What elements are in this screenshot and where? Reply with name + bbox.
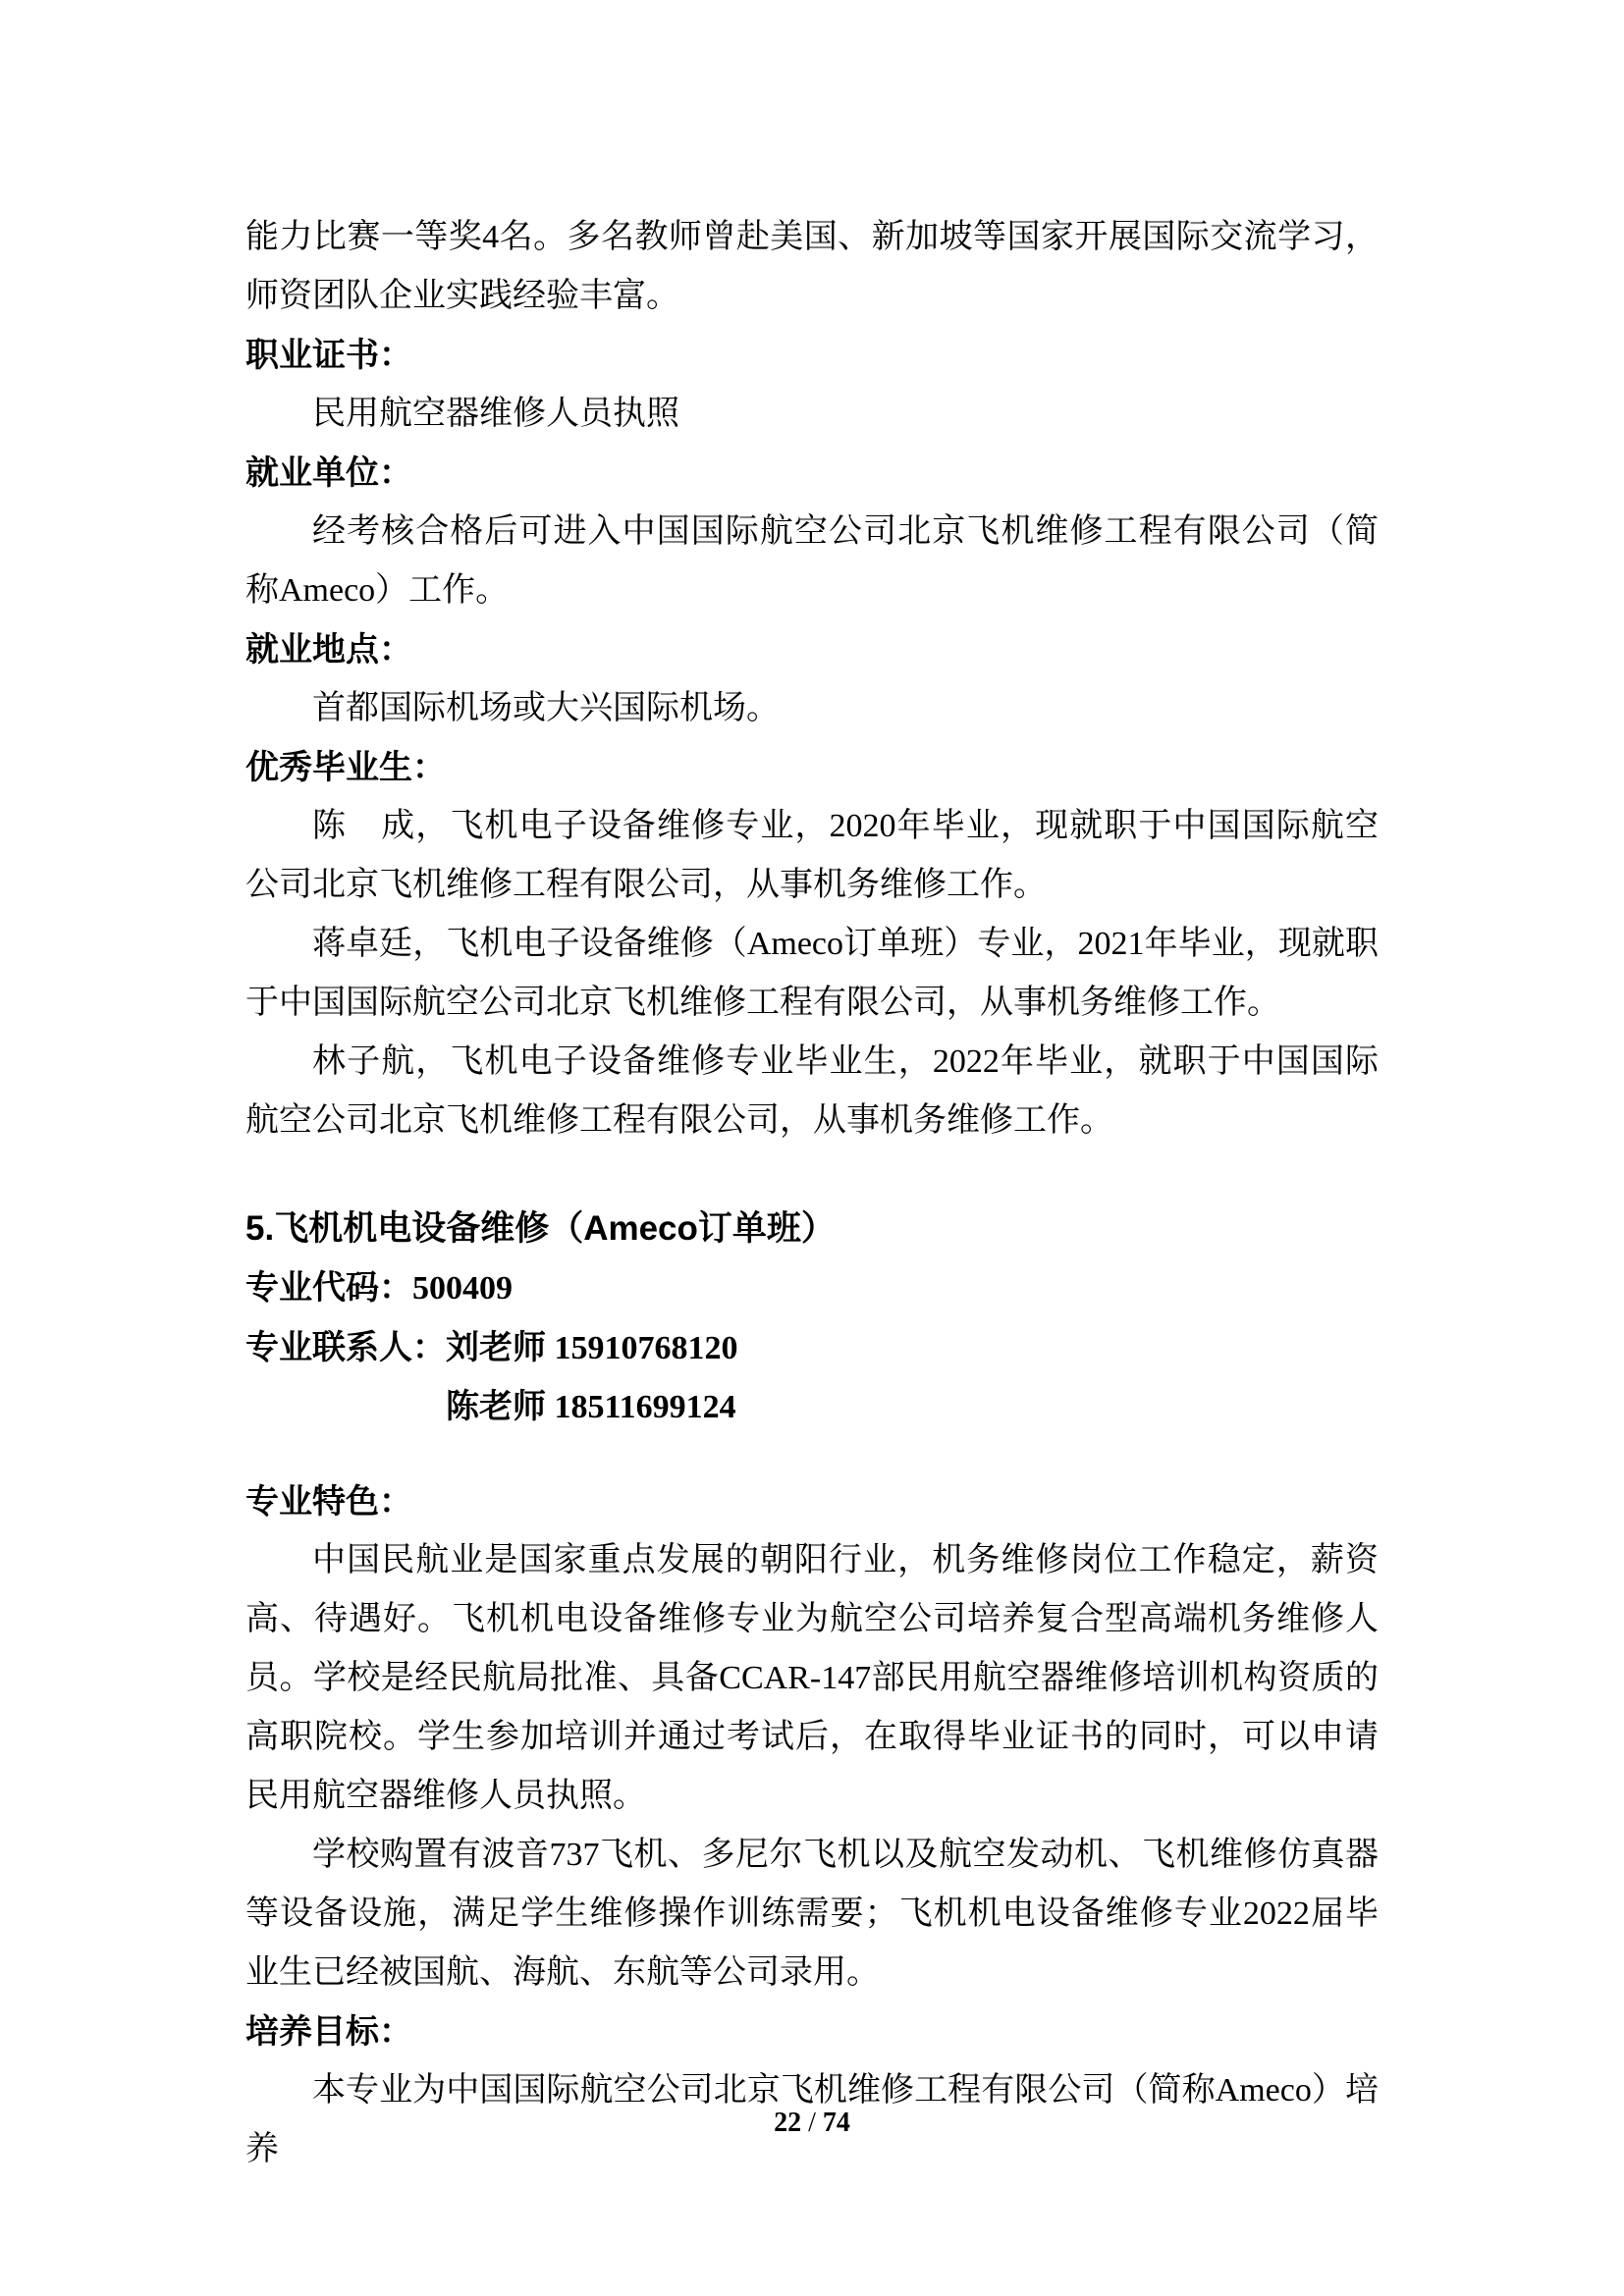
paragraph: 林子航，飞机电子设备维修专业毕业生，2022年毕业，就职于中国国际航空公司北京飞… bbox=[245, 1033, 1379, 1150]
field-line: 专业联系人：刘老师 15910768120 bbox=[245, 1318, 1379, 1378]
paragraph: 陈 成，飞机电子设备维修专业，2020年毕业，现就职于中国国际航空公司北京飞机维… bbox=[245, 797, 1379, 915]
field-label: 专业联系人： bbox=[245, 1329, 446, 1366]
paragraph-continued: 能力比赛一等奖4名。多名教师曾赴美国、新加坡等国家开展国际交流学习，师资团队企业… bbox=[245, 208, 1379, 326]
page-number-separator: / bbox=[808, 2108, 816, 2138]
document-page: 能力比赛一等奖4名。多名教师曾赴美国、新加坡等国家开展国际交流学习，师资团队企业… bbox=[0, 0, 1624, 2296]
paragraph: 学校购置有波音737飞机、多尼尔飞机以及航空发动机、飞机维修仿真器等设备设施，满… bbox=[245, 1826, 1379, 2002]
field-label: 专业代码： bbox=[245, 1269, 412, 1307]
field-value: 刘老师 15910768120 bbox=[446, 1330, 738, 1366]
field-heading: 就业单位： bbox=[245, 444, 1379, 503]
field-value: 500409 bbox=[412, 1270, 513, 1307]
page-number: 22 / 74 bbox=[0, 2107, 1624, 2140]
field-heading: 就业地点： bbox=[245, 620, 1379, 679]
field-line: 专业代码：500409 bbox=[245, 1258, 1379, 1318]
section-heading: 5.飞机机电设备维修（Ameco订单班） bbox=[245, 1200, 1379, 1258]
paragraph: 蒋卓廷，飞机电子设备维修（Ameco订单班）专业，2021年毕业，现就职于中国国… bbox=[245, 915, 1379, 1033]
paragraph: 民用航空器维修人员执照 bbox=[245, 385, 1379, 444]
paragraph: 中国民航业是国家重点发展的朝阳行业，机务维修岗位工作稳定，薪资高、待遇好。飞机机… bbox=[245, 1531, 1379, 1826]
paragraph: 首都国际机场或大兴国际机场。 bbox=[245, 679, 1379, 738]
field-heading: 优秀毕业生： bbox=[245, 738, 1379, 797]
page-number-current: 22 bbox=[774, 2108, 801, 2138]
field-heading: 培养目标： bbox=[245, 2002, 1379, 2061]
paragraph: 经考核合格后可进入中国国际航空公司北京飞机维修工程有限公司（简称Ameco）工作… bbox=[245, 503, 1379, 620]
field-heading: 专业特色： bbox=[245, 1472, 1379, 1531]
document-body: 能力比赛一等奖4名。多名教师曾赴美国、新加坡等国家开展国际交流学习，师资团队企业… bbox=[245, 208, 1379, 2179]
page-number-total: 74 bbox=[823, 2108, 850, 2138]
field-heading: 职业证书： bbox=[245, 326, 1379, 385]
field-value-continued: 陈老师 18511699124 bbox=[446, 1378, 1379, 1437]
